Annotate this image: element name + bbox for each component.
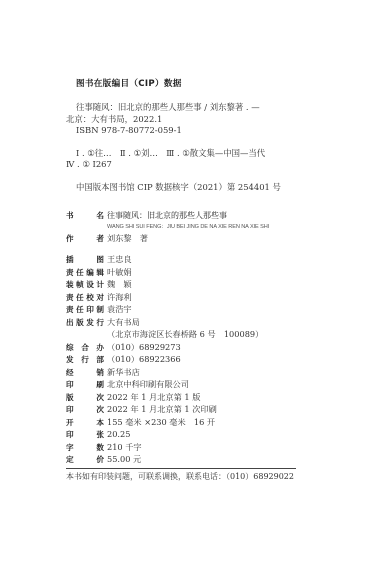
record-value: 20.25 bbox=[107, 428, 130, 440]
record-value: 2022 年 1 月北京第 1 次印刷 bbox=[107, 403, 217, 415]
record-row-word-count: 字数210 千字 bbox=[66, 441, 142, 453]
record-row-printer: 印刷北京中科印刷有限公司 bbox=[66, 378, 189, 390]
record-label: 定价 bbox=[66, 454, 104, 466]
cip-subjects-line-2: Ⅳ . ① I267 bbox=[66, 159, 112, 169]
book-price: 55.00 元 bbox=[107, 453, 141, 465]
record-row-seller: 经销新华书店 bbox=[66, 366, 140, 378]
record-row-title: 书名往事随风：旧北京的那些人那些事 bbox=[66, 209, 227, 221]
cip-entry-line-2: 北京：大有书局，2022.1 bbox=[66, 113, 162, 125]
record-label: 责任编辑 bbox=[66, 267, 104, 279]
record-value: （010）68922366 bbox=[107, 353, 181, 365]
record-row-proofreader: 责任校对许海利 bbox=[66, 291, 132, 303]
record-value: 2022 年 1 月北京第 1 版 bbox=[107, 391, 200, 403]
record-row-distribution: 发行部（010）68922366 bbox=[66, 353, 181, 365]
record-row-format: 开本155 毫米 ×230 毫米 16 开 bbox=[66, 416, 215, 428]
record-value: 北京中科印刷有限公司 bbox=[107, 378, 189, 390]
record-value: 新华书店 bbox=[107, 366, 140, 378]
record-value: 王忠良 bbox=[107, 253, 132, 265]
record-label: 出版发行 bbox=[66, 317, 104, 329]
record-label: 发行部 bbox=[66, 354, 104, 366]
cip-heading: 图书在版编目（CIP）数据 bbox=[76, 77, 182, 89]
record-row-author: 作者刘东黎 著 bbox=[66, 232, 148, 244]
book-title-pinyin: WANG SHI SUI FENG：JIU BEI JING DE NA XIE… bbox=[107, 222, 269, 230]
record-label: 插图 bbox=[66, 254, 104, 266]
publisher-address: （北京市海淀区长春桥路 6 号 100089） bbox=[107, 328, 263, 340]
record-row-general-office: 综合办（010）68929273 bbox=[66, 341, 181, 353]
record-label: 综合办 bbox=[66, 342, 104, 354]
book-author: 刘东黎 著 bbox=[107, 232, 148, 244]
record-value: 魏 颖 bbox=[107, 278, 132, 290]
record-label: 责任校对 bbox=[66, 292, 104, 304]
record-label: 版次 bbox=[66, 392, 104, 404]
record-value: 许海利 bbox=[107, 291, 132, 303]
cip-entry-line-1: 往事随风：旧北京的那些人那些事 / 刘东黎著 . — bbox=[76, 101, 260, 113]
record-label: 经销 bbox=[66, 367, 104, 379]
record-label: 装帧设计 bbox=[66, 279, 104, 291]
record-row-edition: 版次2022 年 1 月北京第 1 版 bbox=[66, 391, 200, 403]
book-title: 往事随风：旧北京的那些人那些事 bbox=[107, 210, 227, 222]
cip-verification-number: 中国版本图书馆 CIP 数据核字（2021）第 254401 号 bbox=[76, 181, 281, 193]
record-value: 叶敏娟 bbox=[107, 266, 132, 278]
record-row-editor: 责任编辑叶敏娟 bbox=[66, 266, 132, 278]
record-label: 印刷 bbox=[66, 379, 104, 391]
record-value: 袁浩宇 bbox=[107, 303, 132, 315]
record-row-publisher-address: （北京市海淀区长春桥路 6 号 100089） bbox=[66, 328, 263, 340]
record-label: 作者 bbox=[66, 233, 104, 245]
record-value: 210 千字 bbox=[107, 441, 142, 453]
record-value: （010）68929273 bbox=[107, 341, 181, 353]
record-label: 印张 bbox=[66, 429, 104, 441]
footer-divider bbox=[66, 468, 296, 469]
record-value: 155 毫米 ×230 毫米 16 开 bbox=[107, 416, 215, 428]
record-row-print-manager: 责任印制袁浩宇 bbox=[66, 303, 132, 315]
footer-notice: 本书如有印装问题，可联系调换，联系电话：（010）68929022 bbox=[66, 471, 294, 482]
record-label: 责任印制 bbox=[66, 304, 104, 316]
cip-subjects-line-1: Ⅰ . ①往… Ⅱ . ①刘… Ⅲ . ①散文集—中国—当代 bbox=[76, 147, 265, 159]
record-label: 印次 bbox=[66, 404, 104, 416]
record-label: 开本 bbox=[66, 417, 104, 429]
cip-isbn: ISBN 978-7-80772-059-1 bbox=[76, 125, 182, 135]
record-row-illustration: 插图王忠良 bbox=[66, 253, 132, 265]
record-row-price: 定价55.00 元 bbox=[66, 453, 141, 465]
record-label: 书名 bbox=[66, 210, 104, 222]
record-label: 字数 bbox=[66, 442, 104, 454]
record-row-printing: 印次2022 年 1 月北京第 1 次印刷 bbox=[66, 403, 217, 415]
record-row-sheets: 印张20.25 bbox=[66, 428, 130, 440]
record-row-cover-design: 装帧设计魏 颖 bbox=[66, 278, 132, 290]
record-row-publisher: 出版发行大有书局 bbox=[66, 316, 140, 328]
record-value: 大有书局 bbox=[107, 316, 140, 328]
